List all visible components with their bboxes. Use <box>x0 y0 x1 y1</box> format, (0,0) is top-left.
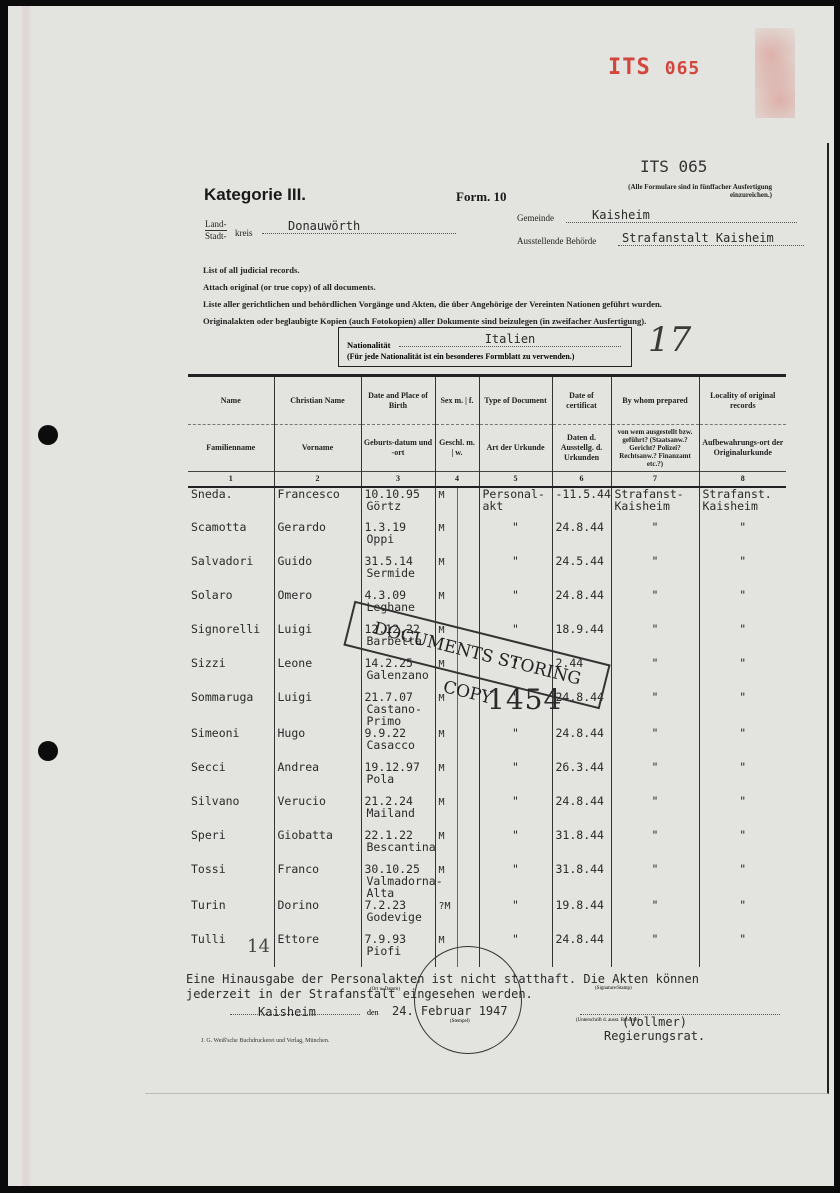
cell-date-text: 19.8.44 <box>556 898 604 912</box>
cell-sex-text: M <box>439 523 445 534</box>
cell-by-text: Strafanst-Kaisheim <box>615 487 684 513</box>
cell-sex: M <box>435 521 479 555</box>
cell-vorname-text: Dorino <box>278 898 320 912</box>
cell-type-text: " <box>483 761 549 773</box>
nationality-label: Nationalität <box>347 340 390 350</box>
cell-locality-text: " <box>703 589 784 601</box>
cell-date: 24.8.44 <box>552 727 611 761</box>
cell-type: " <box>479 727 552 761</box>
cell-name-text: Turin <box>191 898 226 912</box>
cell-sex: M <box>435 589 479 623</box>
cell-by-text: " <box>615 829 696 841</box>
cell-sex-text: M <box>439 831 445 842</box>
cell-date: 24.8.44 <box>552 521 611 555</box>
cell-name: Speri <box>188 829 274 863</box>
signer-title: Regierungsrat. <box>604 1029 705 1043</box>
land-label: Land- <box>205 219 227 231</box>
cell-locality: " <box>699 761 786 795</box>
cell-sex: M <box>435 761 479 795</box>
cell-vorname-text: Andrea <box>278 760 320 774</box>
cell-birth: 19.12.97Pola <box>361 761 435 795</box>
cell-birth: 10.10.95Görtz <box>361 487 435 521</box>
stadt-label: Stadt- <box>205 231 227 242</box>
cell-name-text: Signorelli <box>191 622 260 636</box>
cell-date: 24.5.44 <box>552 555 611 589</box>
punch-hole-icon <box>38 741 58 761</box>
kreis-value: Donauwörth <box>262 219 456 234</box>
cell-sex: M <box>435 829 479 863</box>
cell-type-text: " <box>483 899 549 911</box>
cell-sex-text: ?M <box>439 901 451 912</box>
cell-vorname: Giobatta <box>274 829 361 863</box>
cell-locality-text: " <box>703 691 784 703</box>
cell-type: " <box>479 555 552 589</box>
col-header: Aufbewahrungs-ort der Originalurkunde <box>699 425 786 472</box>
cell-name: Simeoni <box>188 727 274 761</box>
cell-by: " <box>611 555 699 589</box>
cell-vorname-text: Giobatta <box>278 828 333 842</box>
col-header: Daten d. Ausstellg. d. Urkunden <box>552 425 611 472</box>
cell-name: Scamotta <box>188 521 274 555</box>
birth-place: Valmadorna-Alta <box>365 875 432 899</box>
cell-locality: " <box>699 657 786 691</box>
cell-name-text: Solaro <box>191 588 233 602</box>
cell-by: " <box>611 899 699 933</box>
birth-place: Oppi <box>365 533 432 545</box>
cell-locality: " <box>699 555 786 589</box>
cell-type: " <box>479 795 552 829</box>
cell-vorname-text: Franco <box>278 862 320 876</box>
cell-locality: " <box>699 691 786 727</box>
cell-type: " <box>479 521 552 555</box>
cell-name: Solaro <box>188 589 274 623</box>
cell-date-text: 31.8.44 <box>556 828 604 842</box>
official-round-stamp <box>414 946 522 1054</box>
cell-type: " <box>479 589 552 623</box>
signature-label: (Signature/Stamp) <box>595 986 632 991</box>
red-stamp-number: 065 <box>665 58 701 79</box>
header-row-de: Familienname Vorname Geburts-datum und -… <box>188 425 786 472</box>
cell-date: 31.8.44 <box>552 829 611 863</box>
cell-vorname-text: Gerardo <box>278 520 326 534</box>
birth-place: Pola <box>365 773 432 785</box>
col-number: 6 <box>552 472 611 488</box>
den-label: den <box>367 1008 379 1017</box>
table-row: ScamottaGerardo1.3.19OppiM"24.8.44"" <box>188 521 786 555</box>
table-row: TurinDorino7.2.23Godevige?M"19.8.44"" <box>188 899 786 933</box>
cell-name: Tossi <box>188 863 274 899</box>
red-reference-stamp: ITS065 <box>608 55 700 80</box>
table-row: SalvadoriGuido31.5.14SermideM"24.5.44"" <box>188 555 786 589</box>
cell-sex: M <box>435 487 479 521</box>
cell-locality-text: " <box>703 795 784 807</box>
col-header: Vorname <box>274 425 361 472</box>
cell-vorname-text: Luigi <box>278 690 313 704</box>
cell-name-text: Sizzi <box>191 656 226 670</box>
cell-name: Sneda. <box>188 487 274 521</box>
col-header: Date of certificat <box>552 376 611 425</box>
cell-name: Secci <box>188 761 274 795</box>
storing-copy-number: 1454 <box>487 683 562 716</box>
cell-by: " <box>611 863 699 899</box>
instruction-line: Attach original (or true copy) of all do… <box>203 279 662 296</box>
col-number: 5 <box>479 472 552 488</box>
cell-sex-text: M <box>439 935 445 946</box>
nationality-box: Nationalität Italien (Für jede Nationali… <box>338 327 632 367</box>
cell-sex: M <box>435 727 479 761</box>
cell-date-text: 24.8.44 <box>556 932 604 946</box>
cell-by: " <box>611 933 699 967</box>
cell-type-text: " <box>483 555 549 567</box>
column-number-row: 1 2 3 4 5 6 7 8 <box>188 472 786 488</box>
cell-type: Personal-akt <box>479 487 552 521</box>
cell-type-text: " <box>483 795 549 807</box>
cell-locality: " <box>699 623 786 657</box>
kreis-label: kreis <box>235 228 253 238</box>
cell-vorname: Francesco <box>274 487 361 521</box>
col-number: 8 <box>699 472 786 488</box>
birth-place: Piofi <box>365 945 432 957</box>
cell-name-text: Sneda. <box>191 487 233 501</box>
handwritten-row-mark: 14 <box>247 936 270 957</box>
behoerde-label: Ausstellende Behörde <box>517 236 596 246</box>
table-row: Sneda.Francesco10.10.95GörtzMPersonal-ak… <box>188 487 786 521</box>
cell-date-text: 24.5.44 <box>556 554 604 568</box>
cell-by-text: " <box>615 657 696 669</box>
cell-date: 19.8.44 <box>552 899 611 933</box>
instruction-line: Liste aller gerichtlichen und behördlich… <box>203 296 662 313</box>
cell-birth: 9.9.22Casacco <box>361 727 435 761</box>
cell-name: Sommaruga <box>188 691 274 727</box>
table-row: SecciAndrea19.12.97PolaM"26.3.44"" <box>188 761 786 795</box>
cell-locality-text: " <box>703 899 784 911</box>
cell-type: " <box>479 863 552 899</box>
col-header: By whom prepared <box>611 376 699 425</box>
cell-type-text: " <box>483 829 549 841</box>
instruction-line: List of all judicial records. <box>203 262 662 279</box>
cell-by: " <box>611 589 699 623</box>
table-row: SilvanoVerucio21.2.24MailandM"24.8.44"" <box>188 795 786 829</box>
cell-locality-text: " <box>703 657 784 669</box>
table-row: TossiFranco30.10.25Valmadorna-AltaM"31.8… <box>188 863 786 899</box>
cell-name-text: Tossi <box>191 862 226 876</box>
cell-birth: 30.10.25Valmadorna-Alta <box>361 863 435 899</box>
cell-date: 24.8.44 <box>552 589 611 623</box>
cell-vorname: Franco <box>274 863 361 899</box>
cell-date-text: 24.8.44 <box>556 588 604 602</box>
col-header: Geschl. m. | w. <box>435 425 479 472</box>
birth-place: Castano-Primo <box>365 703 432 727</box>
cell-date-text: 18.9.44 <box>556 622 604 636</box>
cell-birth: 7.9.93Piofi <box>361 933 435 967</box>
cell-by-text: " <box>615 727 696 739</box>
cell-date-text: 31.8.44 <box>556 862 604 876</box>
cell-birth: 31.5.14Sermide <box>361 555 435 589</box>
cell-type-text: " <box>483 623 549 635</box>
cell-name: Silvano <box>188 795 274 829</box>
cell-name: Sizzi <box>188 657 274 691</box>
behoerde-value: Strafanstalt Kaisheim <box>618 231 804 246</box>
col-header: Name <box>188 376 274 425</box>
cell-vorname: Dorino <box>274 899 361 933</box>
cell-by-text: " <box>615 623 696 635</box>
cell-locality-text: " <box>703 761 784 773</box>
cell-sex-text: M <box>439 591 445 602</box>
cell-locality-text: " <box>703 623 784 635</box>
cell-by: " <box>611 521 699 555</box>
cell-vorname-text: Guido <box>278 554 313 568</box>
cell-locality: " <box>699 521 786 555</box>
cell-locality-text: " <box>703 727 784 739</box>
instructions: List of all judicial records. Attach ori… <box>203 262 662 330</box>
cell-locality: " <box>699 899 786 933</box>
cell-locality: " <box>699 589 786 623</box>
cell-by-text: " <box>615 691 696 703</box>
cell-vorname-text: Verucio <box>278 794 326 808</box>
cell-name: Turin <box>188 899 274 933</box>
cell-by: " <box>611 657 699 691</box>
cell-by-text: " <box>615 589 696 601</box>
cell-date: -11.5.44 <box>552 487 611 521</box>
cell-vorname-text: Leone <box>278 656 313 670</box>
col-header: Type of Document <box>479 376 552 425</box>
col-header: Art der Urkunde <box>479 425 552 472</box>
cell-date-text: -11.5.44 <box>556 487 611 501</box>
birth-place: Casacco <box>365 739 432 751</box>
cell-sex-text: M <box>439 729 445 740</box>
header-row-en: Name Christian Name Date and Place of Bi… <box>188 376 786 425</box>
cell-locality-text: " <box>703 521 784 533</box>
cell-type-text: Personal-akt <box>483 487 545 513</box>
cell-type-text: " <box>483 521 549 533</box>
cell-date-text: 26.3.44 <box>556 760 604 774</box>
cell-sex-text: M <box>439 557 445 568</box>
black-reference-stamp: ITS 065 <box>640 157 707 176</box>
cell-by: " <box>611 795 699 829</box>
cell-by-text: " <box>615 863 696 875</box>
cell-name-text: Salvadori <box>191 554 253 568</box>
col-number: 4 <box>435 472 479 488</box>
cell-vorname: Guido <box>274 555 361 589</box>
birth-place: Bescantina <box>365 841 432 853</box>
col-header: von wem ausgestellt bzw. geführt? (Staat… <box>611 425 699 472</box>
handwritten-number: 17 <box>648 320 691 360</box>
cell-date-text: 24.8.44 <box>556 726 604 740</box>
cell-sex: ?M <box>435 899 479 933</box>
date-place-label: (Ort u. Datum) <box>370 987 400 992</box>
cell-sex: M <box>435 555 479 589</box>
cell-vorname: Luigi <box>274 691 361 727</box>
cell-locality: " <box>699 727 786 761</box>
cell-name-text: Secci <box>191 760 226 774</box>
cell-sex-text: M <box>439 865 445 876</box>
cell-type: " <box>479 829 552 863</box>
copies-note: (Alle Formulare sind in fünffacher Ausfe… <box>612 183 772 199</box>
birth-place: Galenzano <box>365 669 432 681</box>
cell-birth: 21.2.24Mailand <box>361 795 435 829</box>
land-stadt-label: Land- Stadt- <box>205 219 227 242</box>
cell-locality: Strafanst. Kaisheim <box>699 487 786 521</box>
cell-name-text: Sommaruga <box>191 690 253 704</box>
cell-type-text: " <box>483 933 549 945</box>
birth-place: Godevige <box>365 911 432 923</box>
cell-locality-text: " <box>703 863 784 875</box>
cell-date-text: 24.8.44 <box>556 520 604 534</box>
cell-sex: M <box>435 863 479 899</box>
form-number: Form. 10 <box>456 189 507 205</box>
cell-birth: 22.1.22Bescantina <box>361 829 435 863</box>
table-row: SolaroOmero4.3.09LeghaneM"24.8.44"" <box>188 589 786 623</box>
cell-sex-text: M <box>439 797 445 808</box>
cell-by-text: " <box>615 933 696 945</box>
cell-by-text: " <box>615 521 696 533</box>
cell-locality-text: Strafanst. Kaisheim <box>703 487 772 513</box>
printer-imprint: J. G. Weiß'sche Buchdruckerei und Verlag… <box>201 1038 329 1044</box>
cell-vorname: Verucio <box>274 795 361 829</box>
cell-by: " <box>611 691 699 727</box>
cell-by: " <box>611 829 699 863</box>
cell-vorname: Ettore <box>274 933 361 967</box>
birth-place: Görtz <box>365 500 432 512</box>
punch-hole-icon <box>38 425 58 445</box>
cell-sex-text: M <box>439 763 445 774</box>
col-header: Christian Name <box>274 376 361 425</box>
cell-birth: 7.2.23Godevige <box>361 899 435 933</box>
red-stamp-prefix: ITS <box>608 55 651 80</box>
nationality-value: Italien <box>399 332 621 347</box>
cell-sex-text: M <box>439 490 445 501</box>
cell-type: " <box>479 899 552 933</box>
cell-name-text: Tulli <box>191 932 226 946</box>
cell-birth: 1.3.19Oppi <box>361 521 435 555</box>
col-number: 7 <box>611 472 699 488</box>
cell-vorname-text: Francesco <box>278 487 340 501</box>
table-row: SperiGiobatta22.1.22BescantinaM"31.8.44"… <box>188 829 786 863</box>
cell-by: " <box>611 727 699 761</box>
cell-vorname: Andrea <box>274 761 361 795</box>
cell-locality: " <box>699 933 786 967</box>
place: Kaisheim <box>258 1005 316 1019</box>
cell-locality-text: " <box>703 829 784 841</box>
cell-by-text: " <box>615 761 696 773</box>
col-number: 3 <box>361 472 435 488</box>
cell-type-text: " <box>483 727 549 739</box>
cell-date: 26.3.44 <box>552 761 611 795</box>
cell-by-text: " <box>615 795 696 807</box>
cell-birth: 21.7.07Castano-Primo <box>361 691 435 727</box>
margin-stripe <box>22 6 32 1186</box>
cell-by-text: " <box>615 555 696 567</box>
cell-locality: " <box>699 829 786 863</box>
cell-name-text: Simeoni <box>191 726 239 740</box>
cell-type-text: " <box>483 863 549 875</box>
birth-place: Mailand <box>365 807 432 819</box>
cell-vorname: Omero <box>274 589 361 623</box>
col-header: Date and Place of Birth <box>361 376 435 425</box>
cell-vorname-text: Omero <box>278 588 313 602</box>
cell-type-text: " <box>483 589 549 601</box>
category-title: Kategorie III. <box>204 185 306 205</box>
col-header: Sex m. | f. <box>435 376 479 425</box>
cell-name-text: Speri <box>191 828 226 842</box>
cell-by: " <box>611 623 699 657</box>
table-row: SimeoniHugo9.9.22CasaccoM"24.8.44"" <box>188 727 786 761</box>
cell-by-text: " <box>615 899 696 911</box>
cell-vorname: Hugo <box>274 727 361 761</box>
cell-locality-text: " <box>703 933 784 945</box>
signer-name: (Vollmer) <box>622 1015 687 1029</box>
col-header: Geburts-datum und -ort <box>361 425 435 472</box>
cell-name: Salvadori <box>188 555 274 589</box>
cell-by: " <box>611 761 699 795</box>
cell-sex: M <box>435 795 479 829</box>
cell-vorname-text: Ettore <box>278 932 320 946</box>
cell-vorname-text: Luigi <box>278 622 313 636</box>
col-header: Familienname <box>188 425 274 472</box>
cell-vorname: Leone <box>274 657 361 691</box>
cell-date-text: 24.8.44 <box>556 794 604 808</box>
nationality-note: (Für jede Nationalität ist ein besondere… <box>347 352 574 361</box>
cell-type: " <box>479 761 552 795</box>
cell-name-text: Silvano <box>191 794 239 808</box>
col-header: Locality of original records <box>699 376 786 425</box>
cell-locality-text: " <box>703 555 784 567</box>
cell-vorname-text: Hugo <box>278 726 306 740</box>
cell-name: Signorelli <box>188 623 274 657</box>
cell-date: 24.8.44 <box>552 933 611 967</box>
cell-date: 31.8.44 <box>552 863 611 899</box>
gemeinde-value: Kaisheim <box>566 208 797 223</box>
birth-place: Sermide <box>365 567 432 579</box>
cell-vorname: Gerardo <box>274 521 361 555</box>
cell-by: Strafanst-Kaisheim <box>611 487 699 521</box>
cell-date: 24.8.44 <box>552 795 611 829</box>
cell-name-text: Scamotta <box>191 520 246 534</box>
gemeinde-label: Gemeinde <box>517 213 554 223</box>
cell-locality: " <box>699 795 786 829</box>
red-ink-speckle <box>755 28 795 118</box>
col-number: 1 <box>188 472 274 488</box>
col-number: 2 <box>274 472 361 488</box>
cell-locality: " <box>699 863 786 899</box>
